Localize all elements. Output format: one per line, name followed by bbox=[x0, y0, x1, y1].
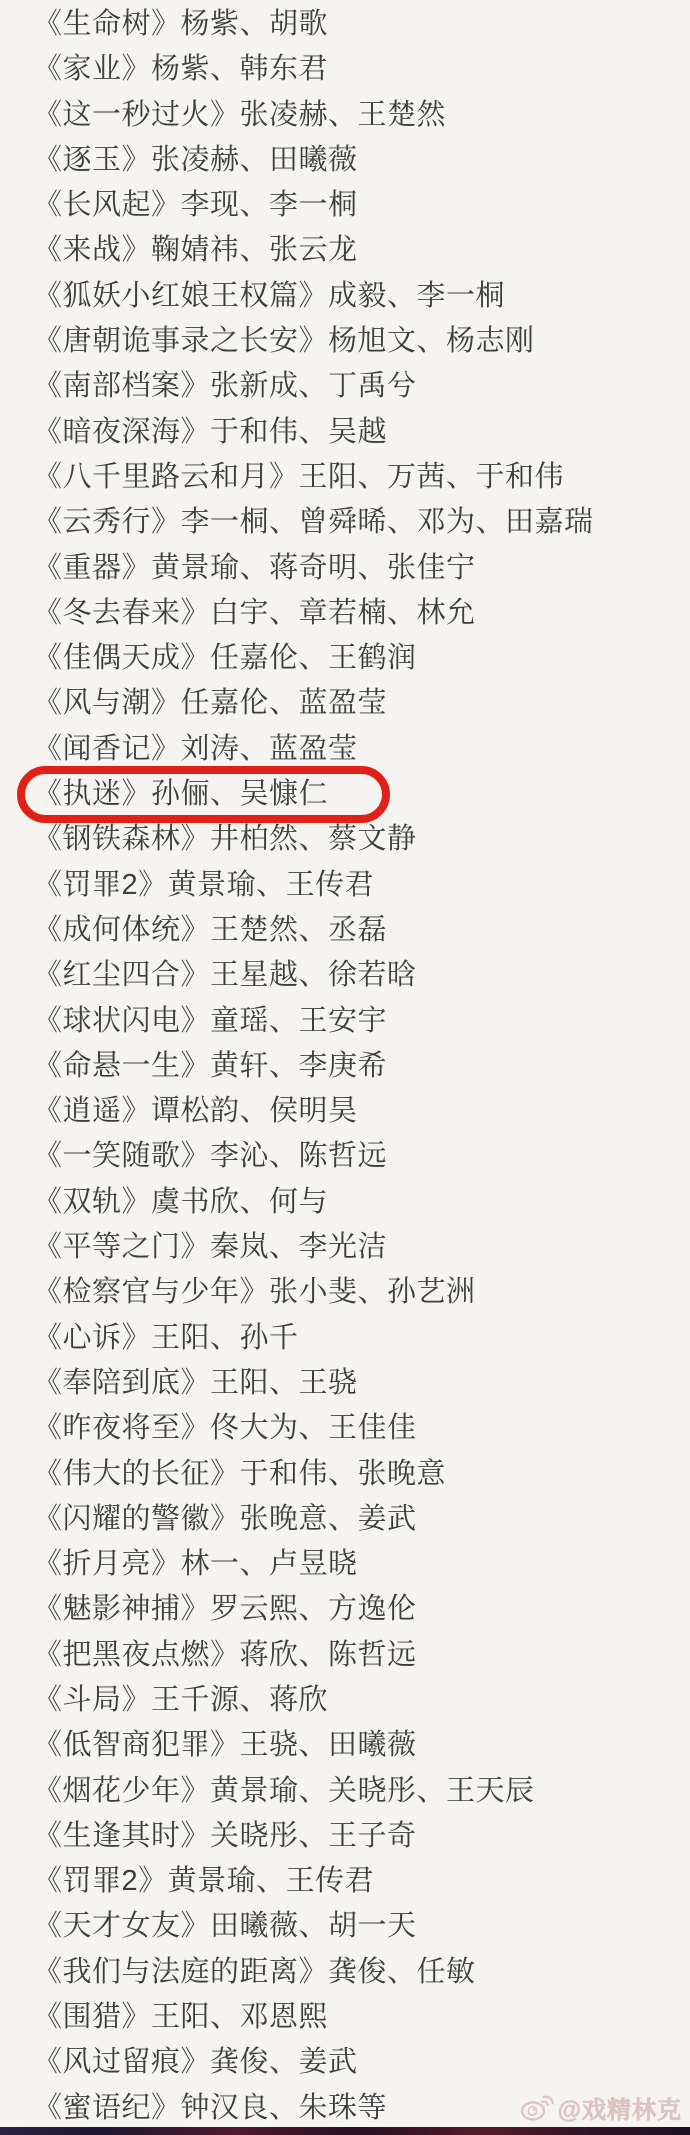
list-item: 《我们与法庭的距离》龚俊、任敏 bbox=[33, 1950, 690, 1995]
drama-list: 《生命树》杨紫、胡歌《家业》杨紫、韩东君《这一秒过火》张凌赫、王楚然《逐玉》张凌… bbox=[33, 2, 690, 2131]
list-item: 《长风起》李现、李一桐 bbox=[33, 183, 690, 228]
list-item: 《狐妖小红娘王权篇》成毅、李一桐 bbox=[33, 274, 690, 319]
list-item: 《佳偶天成》任嘉伦、王鹤润 bbox=[33, 636, 690, 681]
list-item: 《家业》杨紫、韩东君 bbox=[33, 47, 690, 92]
list-item: 《闻香记》刘涛、蓝盈莹 bbox=[33, 727, 690, 772]
weibo-icon bbox=[520, 2092, 554, 2127]
list-item: 《南部档案》张新成、丁禹兮 bbox=[33, 364, 690, 409]
list-item: 《红尘四合》王星越、徐若晗 bbox=[33, 953, 690, 998]
list-item: 《风过留痕》龚俊、姜武 bbox=[33, 2040, 690, 2085]
list-item: 《球状闪电》童瑶、王安宇 bbox=[33, 999, 690, 1044]
watermark: @戏精林克 bbox=[520, 2090, 682, 2125]
list-item: 《平等之门》秦岚、李光洁 bbox=[33, 1225, 690, 1270]
list-item: 《重器》黄景瑜、蒋奇明、张佳宁 bbox=[33, 546, 690, 591]
list-item: 《一笑随歌》李沁、陈哲远 bbox=[33, 1134, 690, 1179]
list-item: 《唐朝诡事录之长安》杨旭文、杨志刚 bbox=[33, 319, 690, 364]
list-item: 《双轨》虞书欣、何与 bbox=[33, 1180, 690, 1225]
list-item: 《风与潮》任嘉伦、蓝盈莹 bbox=[33, 681, 690, 726]
list-item: 《命悬一生》黄轩、李庚希 bbox=[33, 1044, 690, 1089]
list-item: 《奉陪到底》王阳、王骁 bbox=[33, 1361, 690, 1406]
list-item: 《云秀行》李一桐、曾舜晞、邓为、田嘉瑞 bbox=[33, 500, 690, 545]
list-item: 《暗夜深海》于和伟、吴越 bbox=[33, 410, 690, 455]
list-item: 《逐玉》张凌赫、田曦薇 bbox=[33, 138, 690, 183]
list-item: 《天才女友》田曦薇、胡一天 bbox=[33, 1904, 690, 1949]
list-item: 《罚罪2》黄景瑜、王传君 bbox=[33, 863, 690, 908]
list-item: 《魅影神捕》罗云熙、方逸伦 bbox=[33, 1587, 690, 1632]
list-item: 《钢铁森林》井柏然、蔡文静 bbox=[33, 817, 690, 862]
list-item: 《八千里路云和月》王阳、万茜、于和伟 bbox=[33, 455, 690, 500]
list-item: 《检察官与少年》张小斐、孙艺洲 bbox=[33, 1270, 690, 1315]
list-item: 《生命树》杨紫、胡歌 bbox=[33, 2, 690, 47]
list-item-circled: 《执迷》孙俪、吴慷仁 bbox=[33, 772, 690, 817]
list-item: 《罚罪2》黄景瑜、王传君 bbox=[33, 1859, 690, 1904]
list-item: 《伟大的长征》于和伟、张晚意 bbox=[33, 1452, 690, 1497]
watermark-handle: @戏精林克 bbox=[558, 2090, 682, 2125]
list-item: 《冬去春来》白宇、章若楠、林允 bbox=[33, 591, 690, 636]
list-item: 《成何体统》王楚然、丞磊 bbox=[33, 908, 690, 953]
list-item: 《低智商犯罪》王骁、田曦薇 bbox=[33, 1723, 690, 1768]
list-item: 《心诉》王阳、孙千 bbox=[33, 1316, 690, 1361]
list-item: 《来战》鞠婧祎、张云龙 bbox=[33, 228, 690, 273]
list-item: 《闪耀的警徽》张晚意、姜武 bbox=[33, 1497, 690, 1542]
list-item: 《昨夜将至》佟大为、王佳佳 bbox=[33, 1406, 690, 1451]
list-item: 《折月亮》林一、卢昱晓 bbox=[33, 1542, 690, 1587]
list-item: 《围猎》王阳、邓恩熙 bbox=[33, 1995, 690, 2040]
drama-list-page: 《生命树》杨紫、胡歌《家业》杨紫、韩东君《这一秒过火》张凌赫、王楚然《逐玉》张凌… bbox=[0, 0, 690, 2135]
bottom-image-strip bbox=[0, 2127, 690, 2135]
list-item: 《斗局》王千源、蒋欣 bbox=[33, 1678, 690, 1723]
list-item: 《烟花少年》黄景瑜、关晓彤、王天辰 bbox=[33, 1769, 690, 1814]
list-item: 《这一秒过火》张凌赫、王楚然 bbox=[33, 93, 690, 138]
list-item: 《逍遥》谭松韵、侯明昊 bbox=[33, 1089, 690, 1134]
list-item: 《把黑夜点燃》蒋欣、陈哲远 bbox=[33, 1633, 690, 1678]
list-item: 《生逢其时》关晓彤、王子奇 bbox=[33, 1814, 690, 1859]
